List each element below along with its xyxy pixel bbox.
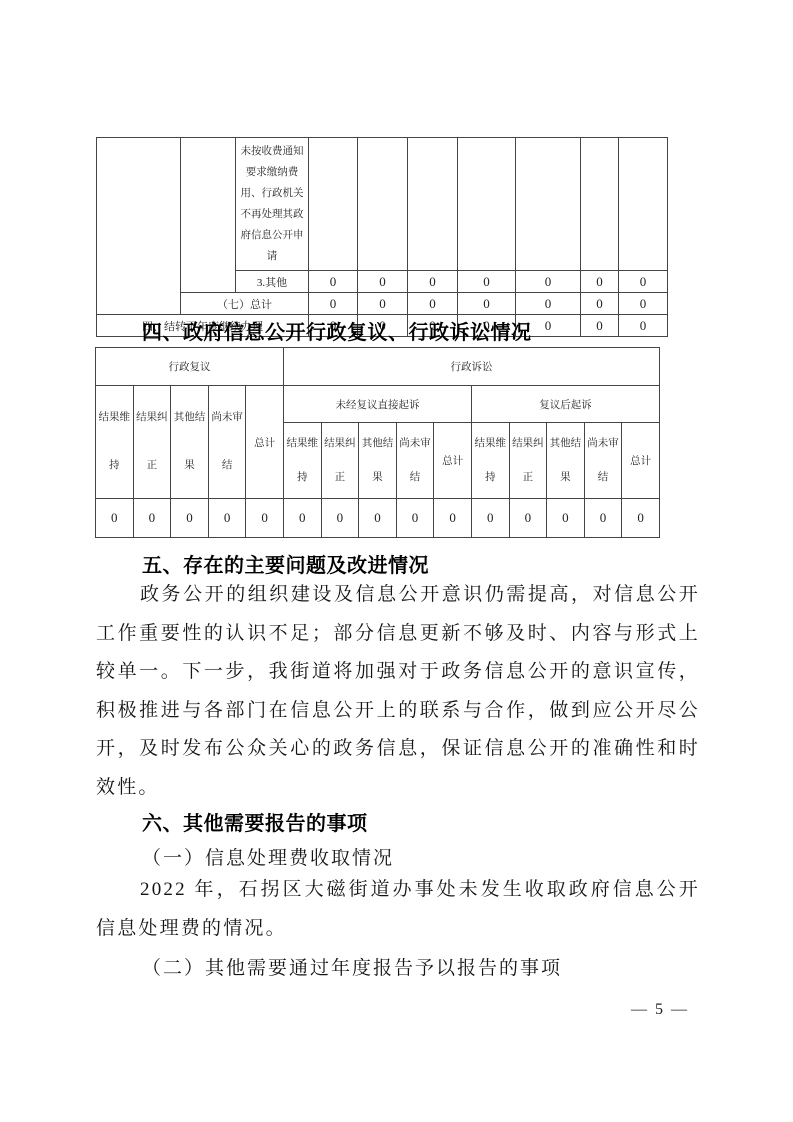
table-cell: 0 — [516, 293, 581, 315]
carryover-table: 未按收费通知要求缴纳费用、行政机关不再处理其政府信息公开申请 3.其他 0 0 … — [96, 137, 668, 337]
table-cell: 0 — [619, 271, 668, 293]
page-number: — 5 — — [600, 1001, 720, 1019]
group-header-reconsideration: 行政复议 — [96, 348, 284, 386]
col-header: 尚未审结 — [396, 423, 434, 499]
section5-paragraph: 政务公开的组织建设及信息公开意识仍需提高，对信息公开工作重要性的认识不足；部分信… — [96, 576, 700, 808]
table-cell: 0 — [359, 499, 397, 538]
table-cell: 0 — [581, 271, 619, 293]
row-label-fee-notice: 未按收费通知要求缴纳费用、行政机关不再处理其政府信息公开申请 — [236, 138, 309, 271]
table-cell: 0 — [408, 271, 458, 293]
table-cell: 0 — [171, 499, 209, 538]
row-label-total: （七）总计 — [181, 293, 309, 315]
table-cell: 0 — [96, 499, 134, 538]
table-cell: 0 — [246, 499, 284, 538]
col-header: 结果纠正 — [321, 423, 359, 499]
table-cell — [408, 138, 458, 271]
col-header: 尚未审结 — [208, 386, 246, 499]
review-litigation-table: 行政复议 行政诉讼 结果维持 结果纠正 其他结果 尚未审结 总计 未经复议直接起… — [95, 347, 660, 538]
table-cell: 0 — [283, 499, 321, 538]
section6-item1-paragraph: 2022 年，石拐区大磁街道办事处未发生收取政府信息公开信息处理费的情况。 — [96, 871, 700, 948]
table-cell — [309, 138, 358, 271]
section-heading-6: 六、其他需要报告的事项 — [96, 807, 762, 836]
col-header: 结果纠正 — [509, 423, 547, 499]
table-cell: 0 — [434, 499, 472, 538]
col-header: 其他结果 — [171, 386, 209, 499]
table-cell: 0 — [471, 499, 509, 538]
subgroup-header-after-review-suit: 复议后起诉 — [471, 386, 659, 423]
table-cell: 0 — [509, 499, 547, 538]
col-header-total: 总计 — [434, 423, 472, 499]
table-cell — [358, 138, 408, 271]
section6-item2-title: （二）其他需要通过年度报告予以报告的事项 — [96, 953, 746, 980]
col-header: 结果维持 — [471, 423, 509, 499]
col-header-total: 总计 — [622, 423, 660, 499]
table-cell — [619, 138, 668, 271]
table-cell — [458, 138, 516, 271]
group-header-litigation: 行政诉讼 — [283, 348, 659, 386]
col-header: 尚未审结 — [584, 423, 622, 499]
col-header: 结果维持 — [283, 423, 321, 499]
table-cell: 0 — [584, 499, 622, 538]
col-header: 其他结果 — [359, 423, 397, 499]
col-header-total: 总计 — [246, 386, 284, 499]
table-cell — [516, 138, 581, 271]
row-label-other: 3.其他 — [236, 271, 309, 293]
section-heading-5: 五、存在的主要问题及改进情况 — [96, 549, 762, 578]
table-cell: 0 — [458, 271, 516, 293]
table-cell: 0 — [581, 293, 619, 315]
table-cell: 0 — [547, 499, 585, 538]
col-header: 结果纠正 — [133, 386, 171, 499]
table-cell: 0 — [208, 499, 246, 538]
table-cell: 0 — [309, 271, 358, 293]
table-cell: 0 — [619, 293, 668, 315]
table-cell: 0 — [321, 499, 359, 538]
subgroup-header-direct-suit: 未经复议直接起诉 — [283, 386, 471, 423]
section6-item1-title: （一）信息处理费收取情况 — [96, 843, 746, 870]
table-cell-empty — [181, 138, 236, 293]
table-cell: 0 — [309, 293, 358, 315]
table-cell — [581, 138, 619, 271]
col-header: 其他结果 — [547, 423, 585, 499]
table-cell: 0 — [622, 499, 660, 538]
table-cell: 0 — [133, 499, 171, 538]
table-cell-empty — [97, 138, 181, 315]
table-cell: 0 — [458, 293, 516, 315]
table-cell: 0 — [358, 271, 408, 293]
section-heading-4: 四、政府信息公开行政复议、行政诉讼情况 — [96, 316, 762, 345]
table-cell: 0 — [358, 293, 408, 315]
col-header: 结果维持 — [96, 386, 134, 499]
table-cell: 0 — [396, 499, 434, 538]
document-page: 未按收费通知要求缴纳费用、行政机关不再处理其政府信息公开申请 3.其他 0 0 … — [0, 0, 793, 1122]
table-cell: 0 — [408, 293, 458, 315]
table-cell: 0 — [516, 271, 581, 293]
